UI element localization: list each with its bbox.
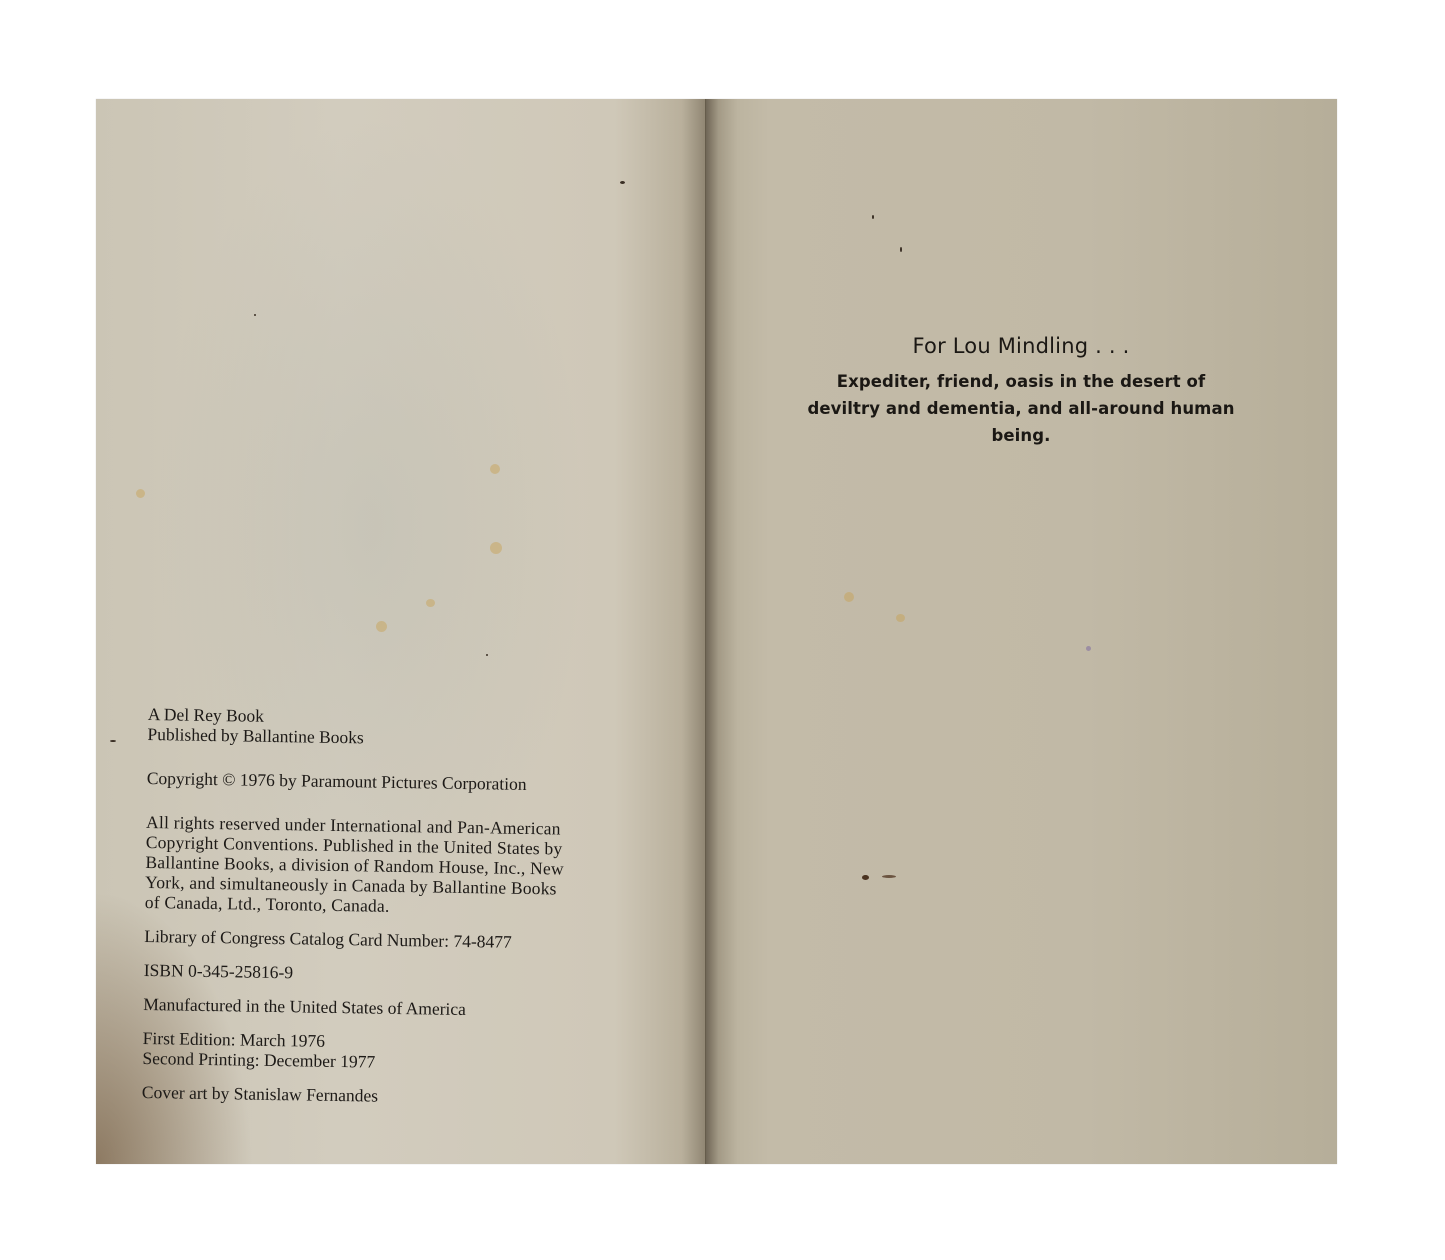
manufactured-line: Manufactured in the United States of Ame…: [143, 994, 643, 1022]
rights-paragraph: All rights reserved under International …: [145, 812, 645, 920]
paper-stain: [844, 592, 854, 602]
paper-stain: [490, 542, 502, 554]
paper-speck: [486, 654, 488, 656]
dedication-line: Expediter, friend, oasis in the desert o…: [776, 368, 1266, 395]
paper-speck: [882, 875, 896, 878]
copyright-block: A Del Rey Book Published by Ballantine B…: [142, 704, 648, 1110]
paper-speck: [900, 247, 902, 252]
copyright-page: A Del Rey Book Published by Ballantine B…: [96, 99, 706, 1164]
dedication-block: For Lou Mindling . . . Expediter, friend…: [776, 334, 1266, 449]
paper-stain: [1086, 646, 1091, 651]
dedication-title: For Lou Mindling . . .: [776, 334, 1266, 358]
paper-speck: [620, 181, 625, 184]
copyright-notice: Copyright © 1976 by Paramount Pictures C…: [147, 768, 647, 796]
dedication-page: For Lou Mindling . . . Expediter, friend…: [706, 99, 1337, 1164]
isbn-line: ISBN 0-345-25816-9: [144, 960, 644, 988]
paper-speck: [110, 740, 116, 742]
paper-stain: [426, 599, 435, 607]
paper-stain: [490, 464, 500, 474]
cover-art-credit: Cover art by Stanislaw Fernandes: [142, 1082, 642, 1110]
paper-speck: [862, 875, 869, 880]
paper-stain: [896, 614, 905, 622]
book-spread: A Del Rey Book Published by Ballantine B…: [96, 99, 1337, 1164]
paper-stain: [376, 621, 387, 632]
dedication-line: deviltry and dementia, and all-around hu…: [776, 395, 1266, 449]
lccn-line: Library of Congress Catalog Card Number:…: [144, 926, 644, 954]
paper-stain: [136, 489, 145, 498]
paper-speck: [872, 215, 874, 219]
paper-speck: [254, 314, 256, 316]
